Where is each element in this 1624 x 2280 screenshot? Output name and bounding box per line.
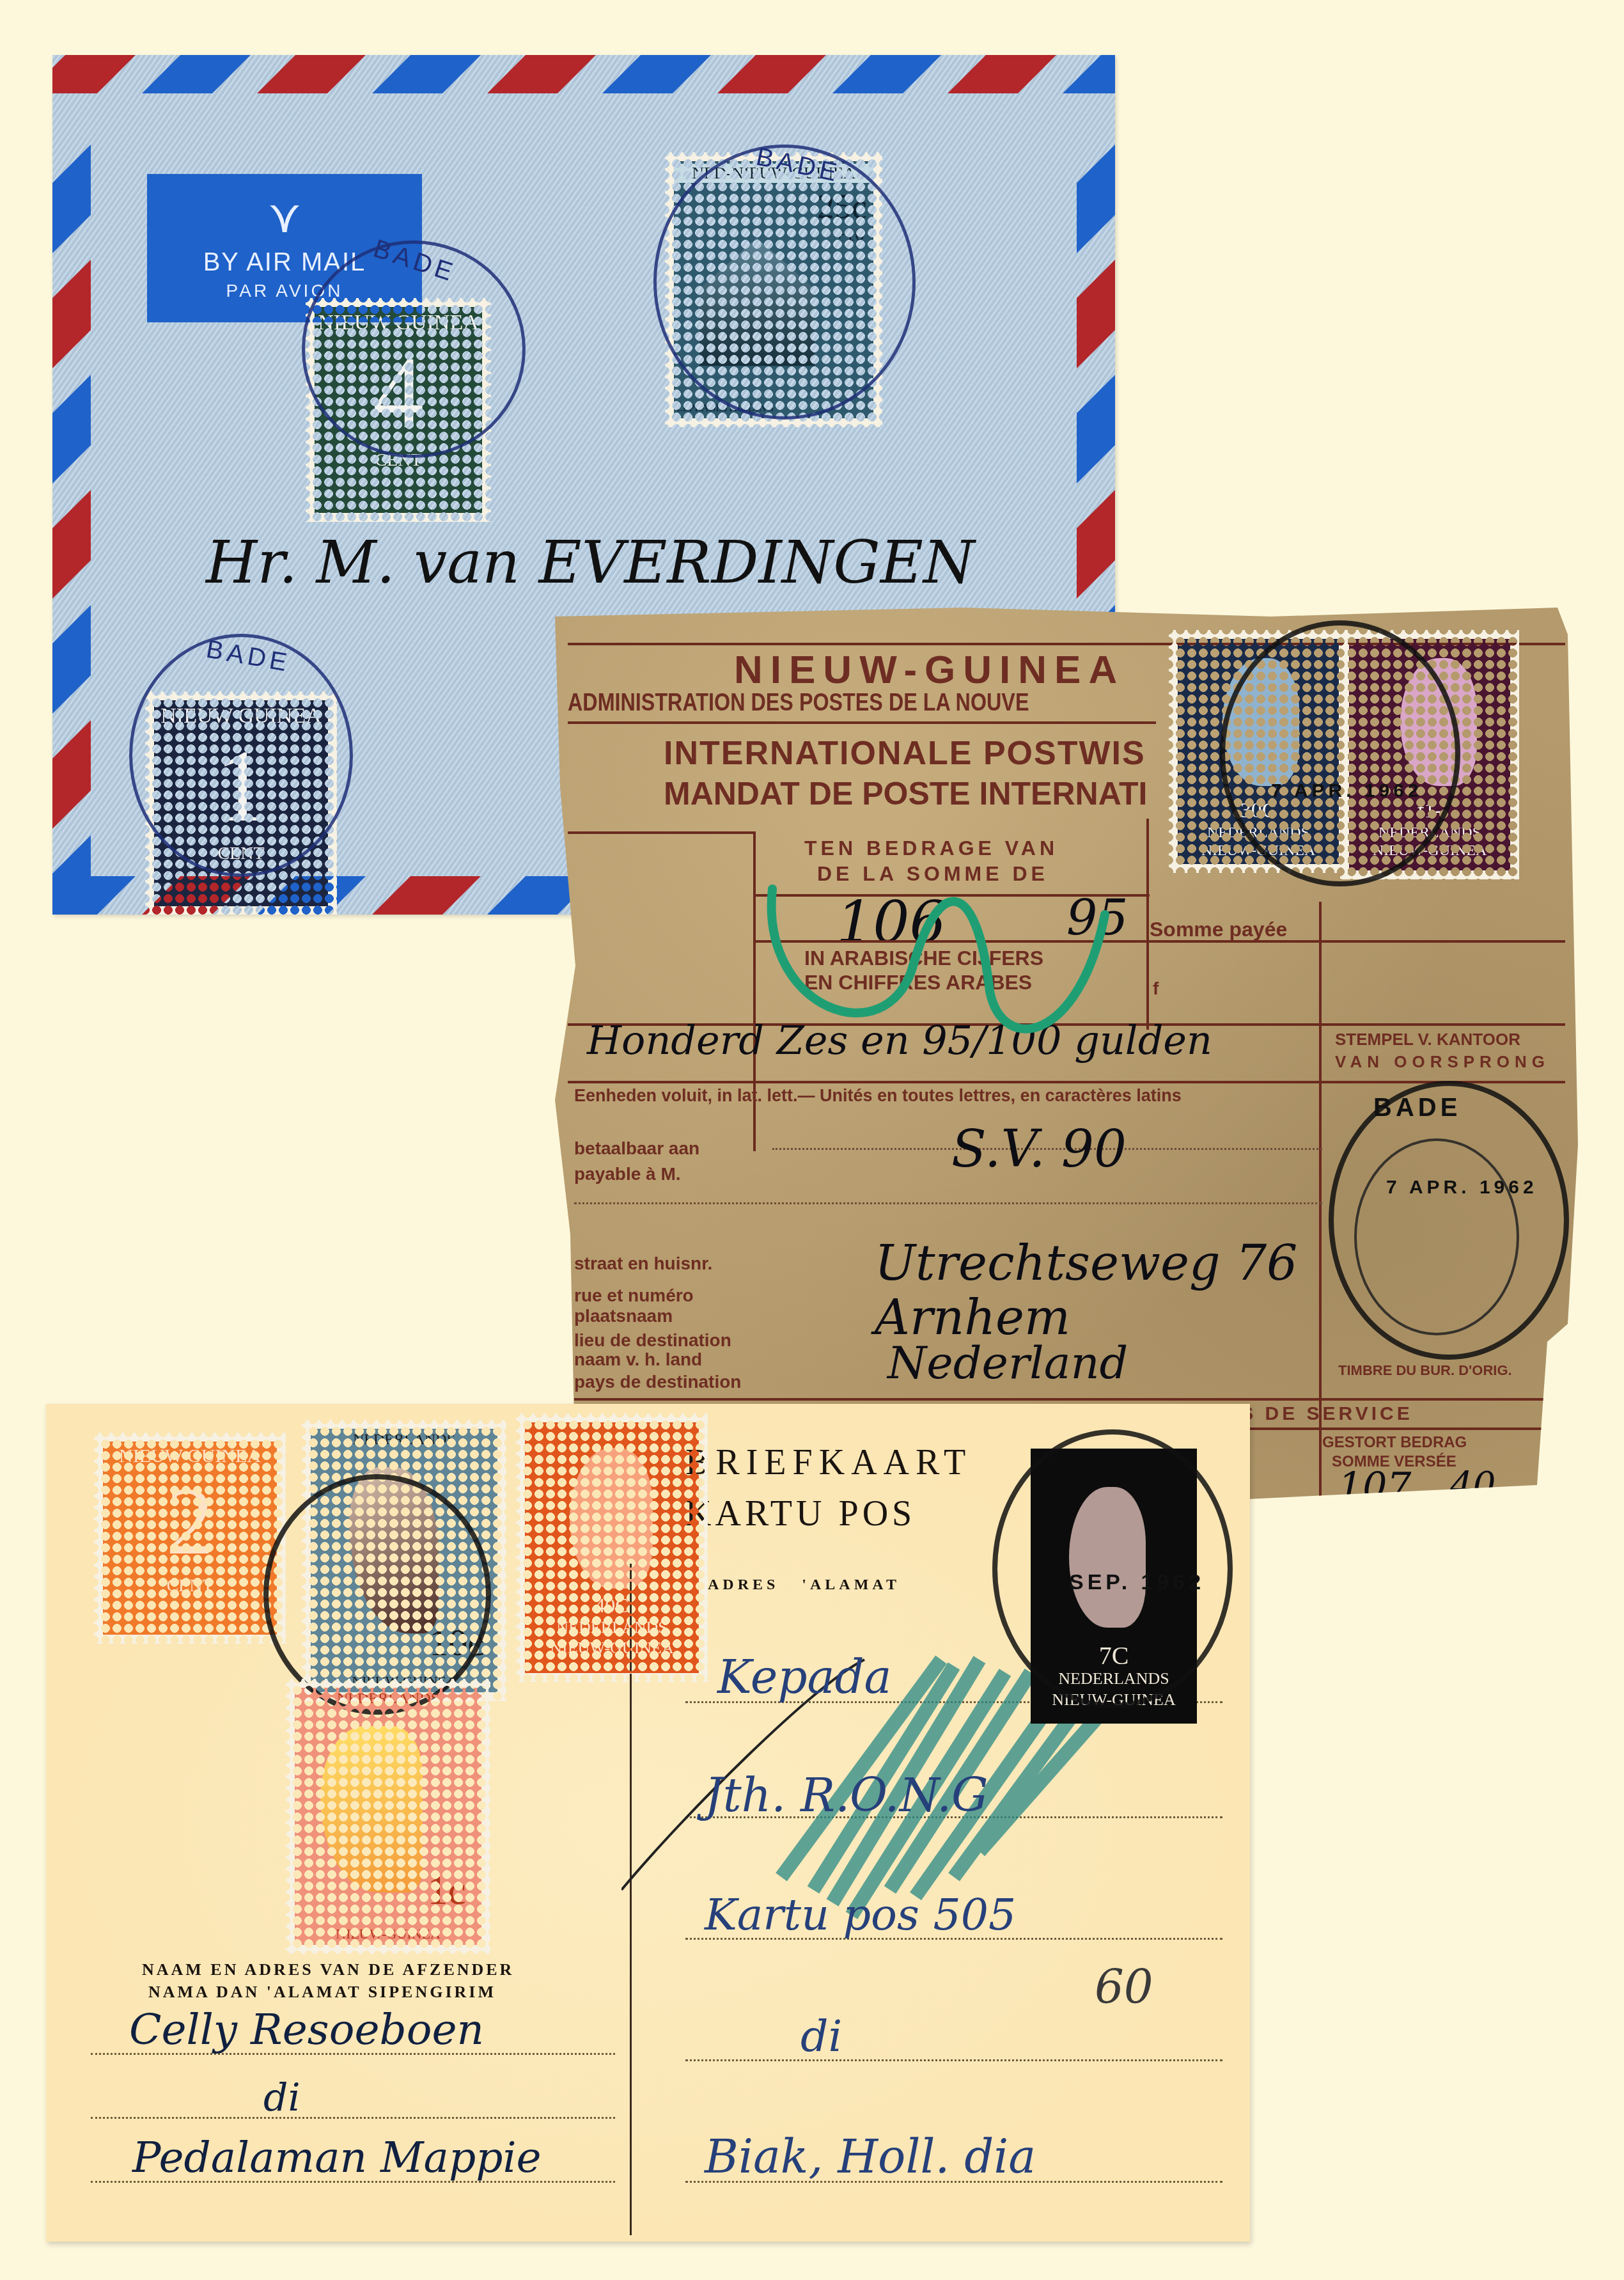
words-label: Eenheden voluit, in lat. lett.— Unités e…: [574, 1086, 1182, 1106]
recipient-line-1: Kepada: [717, 1650, 892, 1704]
stamp-value: 4: [315, 335, 482, 450]
postmark-town: BADE: [1373, 1094, 1461, 1122]
stamp-value: 2: [103, 1467, 277, 1576]
stamp-f1-juliana: f1- NEDERLANDS NIEUW-GUINEA: [1340, 630, 1519, 879]
address-label: straat en huisnr.: [574, 1254, 712, 1274]
addressee-handwriting: Hr. M. van EVERDINGEN: [206, 528, 974, 597]
stamp-country: NIEUW GUINEA: [154, 704, 328, 728]
address-label: naam v. h. land: [574, 1349, 702, 1370]
stamp-country: NEDERLANDS: [311, 1431, 497, 1449]
stamp-country: NEDERLANDS: [1031, 1669, 1197, 1688]
stamp-country: NEDERLANDS: [1178, 824, 1339, 842]
timbre-label: TIMBRE DU BUR. D'ORIG.: [1338, 1362, 1512, 1379]
stempel-label-2: VAN OORSPRONG: [1335, 1052, 1550, 1072]
wings-icon: ⋎: [147, 191, 422, 242]
rule: [568, 831, 753, 834]
address-street-handwritten: Utrechtseweg 76: [875, 1234, 1297, 1291]
postmark-merauke: [1354, 1138, 1519, 1335]
dotted-line: [91, 2117, 615, 2119]
stamp-unit: CENT: [315, 450, 482, 471]
postcard-title-id: KARTU POS: [685, 1493, 916, 1534]
rule: [574, 1398, 1565, 1401]
gestort-label: GESTORT BEDRAG: [1322, 1434, 1467, 1452]
stamp-country: NIEUW GUINEA: [103, 1445, 277, 1467]
stamp-value: f1-: [1349, 799, 1510, 823]
money-order-title: NIEUW-GUINEA: [734, 647, 1125, 693]
rule: [1319, 902, 1322, 1605]
green-crayon-mark: [747, 851, 1194, 1055]
stempel-label: STEMPEL V. KANTOOR: [1335, 1030, 1520, 1050]
money-order-heading-fr: MANDAT DE POSTE INTERNATI: [664, 775, 1147, 812]
annotation-number: 60: [1095, 1960, 1153, 2014]
address-label: rue et numéro: [574, 1285, 694, 1306]
stamp-40c-juliana: 40C NEDERLANDS NIEUW-GUINEA: [516, 1413, 708, 1682]
sender-label: NAAM EN ADRES VAN DE AFZENDER: [142, 1960, 514, 1979]
recipient-line-3: Kartu pos 505: [705, 1890, 1016, 1940]
stamp-value: 40C: [525, 1594, 699, 1617]
postmark-date: SEP. 1962: [1069, 1570, 1205, 1595]
recipient-line-4: di: [800, 2011, 842, 2062]
sender-di-handwritten: di: [263, 2075, 301, 2120]
payee-handwritten: S.V. 90: [951, 1119, 1127, 1179]
stamp-30c-juliana: 30C NEDERLANDS NIEUW-GUINEA: [1169, 630, 1348, 873]
recipient-line-5: Biak, Holl. dia: [705, 2130, 1036, 2183]
stamp-1-cent: NIEUW GUINEA 1 CENT: [145, 691, 337, 915]
stamp-country: NIEUW-GUINEA: [525, 1639, 699, 1658]
stamp-country: NIEUW-GUINEA: [1031, 1690, 1197, 1710]
stamp-unit: CENT: [103, 1576, 277, 1596]
gestort-cents-handwritten: 40: [1450, 1465, 1495, 1506]
money-order-subtitle: ADMINISTRATION DES POSTES DE LA NOUVE: [568, 689, 1029, 717]
stamp-country: NIEUW-GUINEA: [295, 1926, 481, 1942]
portrait-icon: [1222, 658, 1299, 786]
stamp-country: NIEUW-GUINEA: [1178, 842, 1339, 860]
stamp-1c-bird-of-paradise: NEDERLANDS 1c NIEUW-GUINEA: [286, 1679, 490, 1954]
stamp-country: NEDERLANDS: [525, 1618, 699, 1637]
stamp-surcharge: +10: [834, 224, 864, 246]
stamp-country: NEDERLANDS: [1349, 824, 1510, 842]
dotted-line: [574, 1202, 1322, 1204]
bird-icon: [349, 1467, 439, 1633]
stamp-value: 30C: [1178, 799, 1339, 823]
sender-name-handwritten: Celly Resoeboen: [129, 2005, 484, 2054]
money-order-heading: INTERNATIONALE POSTWIS: [664, 734, 1146, 773]
postmark-date: 7 APR. 1962: [1271, 780, 1423, 802]
stamp-caption: LEPRABESTRIJDING: [676, 403, 774, 414]
address-label: lieu de destination: [574, 1330, 731, 1351]
stamp-value: 1: [154, 728, 328, 844]
stamp-country: NIEUW-GUINEA: [1349, 842, 1510, 860]
rule: [568, 1081, 1565, 1083]
international-money-order: NIEUW-GUINEA ADMINISTRATION DES POSTES D…: [555, 608, 1578, 1503]
portrait-icon: [1069, 1487, 1146, 1628]
portrait-icon: [1400, 658, 1477, 786]
address-country-handwritten: Nederland: [887, 1337, 1128, 1389]
payee-label-fr: payable à M.: [574, 1164, 681, 1184]
stamp-value: 25c: [817, 187, 867, 226]
stamp-10c-bird-of-paradise: NEDERLANDS 10c NIEUW-GUINEA: [302, 1420, 506, 1701]
village-hut-image: [699, 238, 815, 366]
stamp-unit: CENT: [154, 844, 328, 864]
stamp-value: 10c: [429, 1621, 485, 1665]
address-label: plaatsnaam: [574, 1306, 673, 1326]
gestort-amount-handwritten: 107: [1338, 1465, 1412, 1509]
stamp-4-cent: NIEUW GUINEA 4 CENT: [306, 298, 491, 522]
stamp-2-cent: NIEUW GUINEA 2 CENT: [94, 1433, 286, 1644]
bird-icon: [320, 1726, 423, 1892]
address-label: pays de destination: [574, 1372, 741, 1392]
stamp-value: 1c: [428, 1867, 466, 1914]
sender-label-id: NAMA DAN 'ALAMAT SIPENGIRIM: [148, 1983, 496, 2002]
payee-label: betaalbaar aan: [574, 1138, 699, 1159]
stamp-country: NIEUW GUINEA: [315, 311, 482, 335]
portrait-icon: [570, 1448, 653, 1589]
stamp-value: 7C: [1031, 1640, 1197, 1671]
address-label: ADRES 'ALAMAT: [708, 1576, 900, 1594]
recipient-line-2: Jth. R.O.N.G: [705, 1768, 988, 1822]
postcard-briefkaart: BRIEFKAART KARTU POS ADRES 'ALAMAT Kepad…: [46, 1404, 1250, 2242]
sender-place-handwritten: Pedalaman Mappie: [132, 2133, 542, 2182]
postcard-title: BRIEFKAART: [685, 1442, 972, 1483]
postmark-origin: [1329, 1081, 1569, 1360]
rule: [568, 721, 1156, 724]
stamp-25c-leprabestrijding: NED-NIEUW-GUINEA 25c +10 LEPRABESTRIJDIN…: [665, 152, 882, 427]
postmark-date: 7 APR. 1962: [1386, 1177, 1538, 1199]
stamp-country: NEDERLANDS: [295, 1690, 481, 1708]
